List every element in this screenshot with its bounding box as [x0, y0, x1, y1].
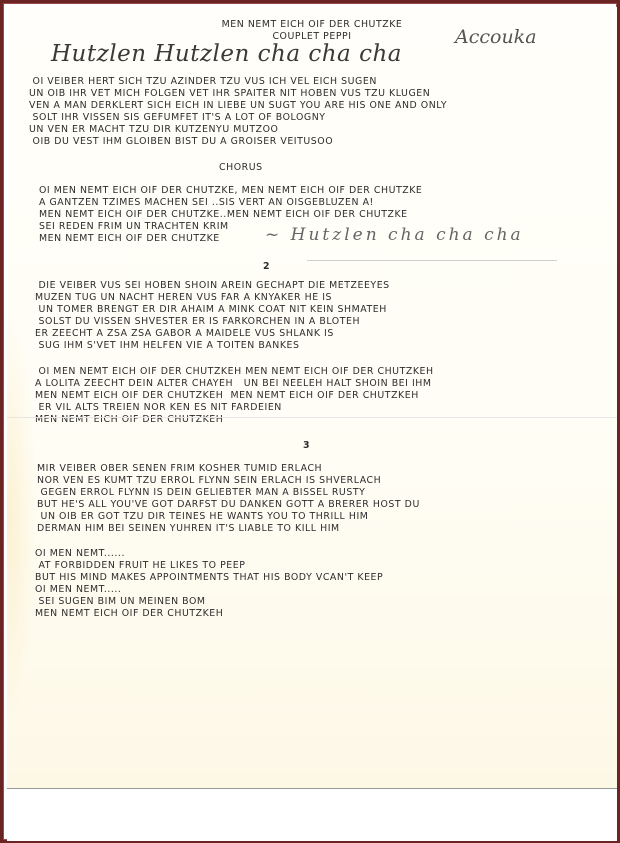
lyric-line: MEN NEMT EICH OIF DER CHUTZKEH [35, 608, 223, 620]
paper-fold-line [7, 417, 617, 418]
lyric-line: UN VEN ER MACHT TZU DIR KUTZENYU MUTZOO [29, 124, 278, 136]
lyric-line: VEN A MAN DERKLERT SICH EICH IN LIEBE UN… [29, 100, 447, 112]
handwritten-refrain: Hutzlen Hutzlen cha cha cha [51, 41, 402, 67]
image-frame: MEN NEMT EICH OIF DER CHUTZKE COUPLET PE… [0, 0, 620, 843]
lyric-line: MUZEN TUG UN NACHT HEREN VUS FAR A KNYAK… [35, 292, 332, 304]
lyric-line: A LOLITA ZEECHT DEIN ALTER CHAYEH UN BEI… [35, 378, 432, 390]
verse-number: 2 [263, 261, 270, 273]
lyric-line: MIR VEIBER OBER SENEN FRIM KOSHER TUMID … [37, 463, 322, 475]
scanned-page: MEN NEMT EICH OIF DER CHUTZKE COUPLET PE… [7, 7, 617, 789]
lyric-line: OI MEN NEMT...... [35, 548, 125, 560]
lyric-line: AT FORBIDDEN FRUIT HE LIKES TO PEEP [35, 560, 245, 572]
lyric-line: OIB DU VEST IHM GLOIBEN BIST DU A GROISE… [29, 136, 333, 148]
lyric-line: OI MEN NEMT EICH OIF DER CHUTZKEH MEN NE… [35, 366, 434, 378]
lyric-line: SOLST DU VISSEN SHVESTER ER IS FARKORCHE… [35, 316, 360, 328]
lyric-line: NOR VEN ES KUMT TZU ERROL FLYNN SEIN ERL… [37, 475, 381, 487]
lyric-line: BUT HE'S ALL YOU'VE GOT DARFST DU DANKEN… [37, 499, 420, 511]
lyric-line: UN TOMER BRENGT ER DIR AHAIM A MINK COAT… [35, 304, 387, 316]
lyric-line: GEGEN ERROL FLYNN IS DEIN GELIEBTER MAN … [37, 487, 365, 499]
pencil-underline [307, 260, 557, 261]
lyric-line: UN OIB ER GOT TZU DIR TEINES HE WANTS YO… [37, 511, 368, 523]
lyric-line: SEI REDEN FRIM UN TRACHTEN KRIM [39, 221, 229, 233]
lyric-line: OI MEN NEMT EICH OIF DER CHUTZKE, MEN NE… [39, 185, 422, 197]
lyric-line: DIE VEIBER VUS SEI HOBEN SHOIN AREIN GEC… [35, 280, 390, 292]
lyric-line: DERMAN HIM BEI SEINEN YUHREN IT'S LIABLE… [37, 523, 340, 535]
lyric-line: MEN NEMT EICH OIF DER CHUTZKEH [35, 414, 223, 426]
lyric-line: UN OIB IHR VET MICH FOLGEN VET IHR SPAIT… [29, 88, 430, 100]
lyric-line: MEN NEMT EICH OIF DER CHUTZKEH MEN NEMT … [35, 390, 419, 402]
lyric-line: OI VEIBER HERT SICH TZU AZINDER TZU VUS … [29, 76, 377, 88]
lyric-line: OI MEN NEMT..... [35, 584, 121, 596]
handwritten-chorus-note: ~ Hutzlen cha cha cha [265, 225, 524, 245]
page-background [7, 789, 617, 841]
lyric-line: ER ZEECHT A ZSA ZSA GABOR A MAIDELE VUS … [35, 328, 334, 340]
lyric-line: ER VIL ALTS TREIEN NOR KEN ES NIT FARDEI… [35, 402, 282, 414]
lyric-line: A GANTZEN TZIMES MACHEN SEI ..SIS VERT A… [39, 197, 374, 209]
lyric-line: SUG IHM S'VET IHM HELFEN VIE A TOITEN BA… [35, 340, 300, 352]
lyric-line: BUT HIS MIND MAKES APPOINTMENTS THAT HIS… [35, 572, 383, 584]
lyric-line: MEN NEMT EICH OIF DER CHUTZKE..MEN NEMT … [39, 209, 408, 221]
lyric-line: SOLT IHR VISSEN SIS GEFUMFET IT'S A LOT … [29, 112, 326, 124]
lyric-line: MEN NEMT EICH OIF DER CHUTZKE [39, 233, 220, 245]
lyric-line: SEI SUGEN BIM UN MEINEN BOM [35, 596, 206, 608]
verse-number: 3 [303, 440, 310, 452]
chorus-heading: CHORUS [219, 162, 263, 174]
handwritten-name: Accouka [455, 26, 537, 48]
